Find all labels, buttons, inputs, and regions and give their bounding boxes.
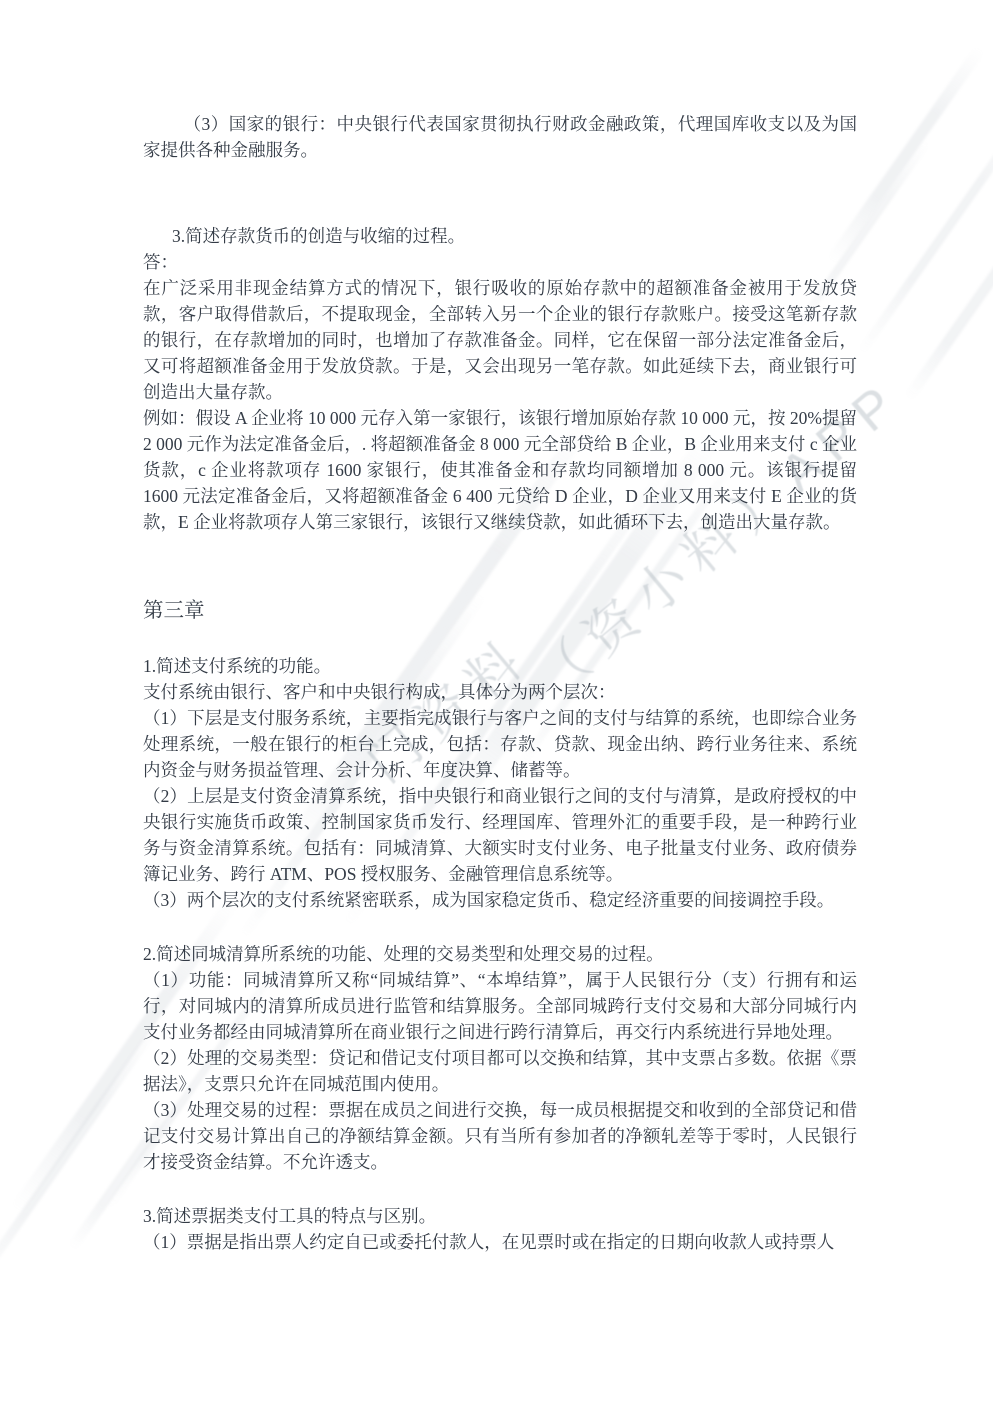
scan-streak — [857, 105, 993, 356]
para-clearing-function: （1）功能：同城清算所又称“同城结算”、“本埠结算”，属于人民银行分（支）行拥有… — [143, 967, 857, 1045]
document-page: 门资料 （资小料）APP （3）国家的银行：中央银行代表国家贯彻执行财政金融政策… — [0, 0, 993, 1404]
para-bills-definition: （1）票据是指出票人约定自已或委托付款人，在见票时或在指定的日期向收款人或持票人 — [143, 1229, 857, 1255]
answer-label: 答： — [143, 249, 857, 275]
para-clearing-process: （3）处理交易的过程：票据在成员之间进行交换，每一成员根据提交和收到的全部贷记和… — [143, 1097, 857, 1175]
question-bills: 3.简述票据类支付工具的特点与区别。 — [143, 1203, 857, 1229]
para-example: 例如：假设 A 企业将 10 000 元存入第一家银行，该银行增加原始存款 10… — [143, 405, 857, 535]
para-clearing-types: （2）处理的交易类型：贷记和借记支付项目都可以交换和结算，其中支票占多数。依据《… — [143, 1045, 857, 1097]
question-payment-system: 1.简述支付系统的功能。 — [143, 653, 857, 679]
para-national-bank: （3）国家的银行：中央银行代表国家贯彻执行财政金融政策，代理国库收支以及为国家提… — [143, 111, 857, 163]
para-deposit-creation: 在广泛采用非现金结算方式的情况下，银行吸收的原始存款中的超额准备金被用于发放贷款… — [143, 275, 857, 405]
scan-streak — [0, 1022, 161, 1297]
chapter-title: 第三章 — [143, 597, 857, 625]
para-payment-system-lower: （1）下层是支付服务系统，主要指完成银行与客户之间的支付与结算的系统，也即综合业… — [143, 705, 857, 783]
para-payment-system-link: （3）两个层次的支付系统紧密联系，成为国家稳定货币、稳定经济重要的间接调控手段。 — [143, 887, 857, 913]
scan-streak — [903, 208, 993, 403]
para-payment-system-upper: （2）上层是支付资金清算系统，指中央银行和商业银行之间的支付与清算，是政府授权的… — [143, 783, 857, 887]
document-body: （3）国家的银行：中央银行代表国家贯彻执行财政金融政策，代理国库收支以及为国家提… — [143, 111, 857, 1255]
question-deposit-money: 3.简述存款货币的创造与收缩的过程。 — [143, 223, 857, 249]
para-payment-system-intro: 支付系统由银行、客户和中央银行构成，具体分为两个层次： — [143, 679, 857, 705]
question-clearing-house: 2.简述同城清算所系统的功能、处理的交易类型和处理交易的过程。 — [143, 941, 857, 967]
